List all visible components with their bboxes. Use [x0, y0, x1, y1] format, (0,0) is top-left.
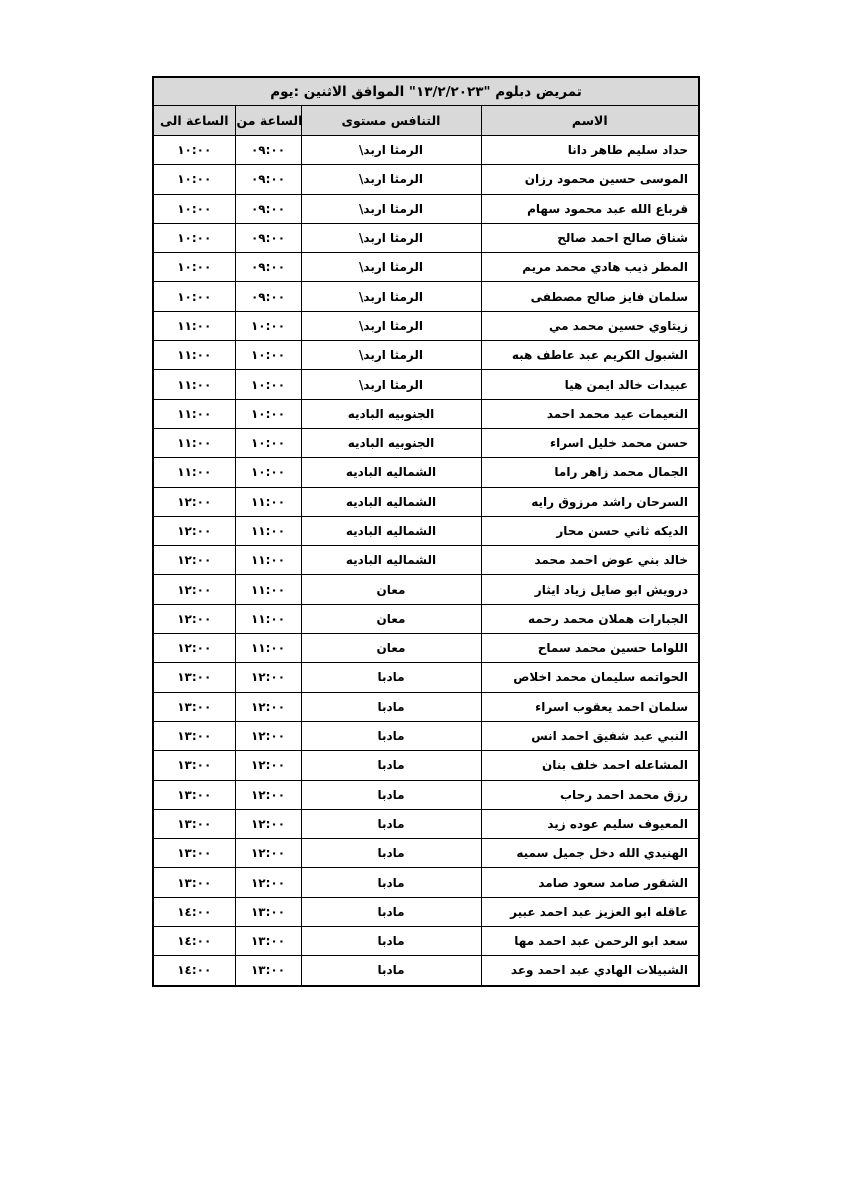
to-time-cell: ١١:٠٠ — [153, 311, 235, 340]
table-row: ١٢:٠٠ ١١:٠٠ معان ايثار زياد صايل ابو درو… — [153, 575, 699, 604]
to-time-cell: ١١:٠٠ — [153, 370, 235, 399]
table-row: ١٢:٠٠ ١١:٠٠ الباديه الشماليه محمد احمد ع… — [153, 546, 699, 575]
table-row: ١٠:٠٠ ٠٩:٠٠ اربد\ الرمثا دانا طاهر سليم … — [153, 136, 699, 165]
table-row: ١١:٠٠ ١٠:٠٠ الباديه الجنوبيه احمد محمد ع… — [153, 399, 699, 428]
level-cell: مادبا — [301, 868, 481, 897]
table-row: ١٤:٠٠ ١٣:٠٠ مادبا عبير احمد عبد العزيز ا… — [153, 897, 699, 926]
name-cell: صامد سعود صامد الشقور — [481, 868, 699, 897]
level-cell: مادبا — [301, 780, 481, 809]
table-row: ١٠:٠٠ ٠٩:٠٠ اربد\ الرمثا صالح احمد صالح … — [153, 223, 699, 252]
table-row: ١٢:٠٠ ١١:٠٠ الباديه الشماليه رايه مرزوق … — [153, 487, 699, 516]
name-cell: احمد محمد عيد النعيمات — [481, 399, 699, 428]
name-cell: رحاب احمد محمد رزق — [481, 780, 699, 809]
to-time-cell: ١٤:٠٠ — [153, 956, 235, 986]
table-row: ١٣:٠٠ ١٢:٠٠ مادبا اخلاص محمد سليمان الحو… — [153, 663, 699, 692]
table-header-row: الى الساعة من الساعة مستوى التنافس الاسم — [153, 106, 699, 136]
to-time-cell: ١١:٠٠ — [153, 399, 235, 428]
from-time-cell: ١٠:٠٠ — [235, 311, 301, 340]
from-time-cell: ٠٩:٠٠ — [235, 223, 301, 252]
to-time-cell: ١٠:٠٠ — [153, 165, 235, 194]
level-cell: الباديه الشماليه — [301, 546, 481, 575]
level-cell: الباديه الشماليه — [301, 458, 481, 487]
to-time-cell: ١٢:٠٠ — [153, 546, 235, 575]
name-cell: رايه مرزوق راشد السرحان — [481, 487, 699, 516]
from-time-cell: ١٢:٠٠ — [235, 751, 301, 780]
level-cell: معان — [301, 575, 481, 604]
to-time-cell: ١٣:٠٠ — [153, 809, 235, 838]
name-cell: مصطفى صالح فايز سلمان — [481, 282, 699, 311]
name-cell: رحمه محمد هملان الجبارات — [481, 604, 699, 633]
to-time-cell: ١٣:٠٠ — [153, 692, 235, 721]
table-row: ١١:٠٠ ١٠:٠٠ اربد\ الرمثا هبه عاطف عبد ال… — [153, 341, 699, 370]
name-cell: اسراء خليل محمد حسن — [481, 428, 699, 457]
name-cell: اخلاص محمد سليمان الحواتمه — [481, 663, 699, 692]
to-time-cell: ١٢:٠٠ — [153, 575, 235, 604]
name-cell: ايثار زياد صايل ابو درويش — [481, 575, 699, 604]
name-cell: سهام محمود عبد الله قرباع — [481, 194, 699, 223]
level-cell: اربد\ الرمثا — [301, 282, 481, 311]
name-cell: سميه جميل دخل الله الهنيدي — [481, 839, 699, 868]
name-cell: زيد عوده سليم المعيوف — [481, 809, 699, 838]
name-cell: هبه عاطف عبد الكريم الشبول — [481, 341, 699, 370]
level-cell: مادبا — [301, 751, 481, 780]
table-row: ١٣:٠٠ ١٢:٠٠ مادبا انس احمد شفيق عبد النب… — [153, 721, 699, 750]
from-time-cell: ١٢:٠٠ — [235, 839, 301, 868]
from-time-cell: ٠٩:٠٠ — [235, 282, 301, 311]
level-cell: معان — [301, 604, 481, 633]
level-cell: مادبا — [301, 692, 481, 721]
from-time-cell: ١٢:٠٠ — [235, 780, 301, 809]
table-row: ١٣:٠٠ ١٢:٠٠ مادبا بنان خلف احمد المشاعله — [153, 751, 699, 780]
from-time-cell: ١١:٠٠ — [235, 487, 301, 516]
from-time-cell: ١٣:٠٠ — [235, 897, 301, 926]
to-time-cell: ١١:٠٠ — [153, 458, 235, 487]
from-time-cell: ١٢:٠٠ — [235, 663, 301, 692]
name-cell: انس احمد شفيق عبد النبي — [481, 721, 699, 750]
level-cell: اربد\ الرمثا — [301, 253, 481, 282]
name-cell: مريم محمد هادي ذيب المطر — [481, 253, 699, 282]
column-header-from-time: من الساعة — [235, 106, 301, 136]
level-cell: اربد\ الرمثا — [301, 136, 481, 165]
level-cell: الباديه الجنوبيه — [301, 399, 481, 428]
name-cell: راما زاهر محمد الجمال — [481, 458, 699, 487]
table-row: ١٤:٠٠ ١٣:٠٠ مادبا وعد احمد عبد الهادي ال… — [153, 956, 699, 986]
table-row: ١٣:٠٠ ١٢:٠٠ مادبا رحاب احمد محمد رزق — [153, 780, 699, 809]
from-time-cell: ١٢:٠٠ — [235, 721, 301, 750]
to-time-cell: ١٢:٠٠ — [153, 634, 235, 663]
table-row: ١٣:٠٠ ١٢:٠٠ مادبا سميه جميل دخل الله اله… — [153, 839, 699, 868]
from-time-cell: ١١:٠٠ — [235, 546, 301, 575]
to-time-cell: ١٣:٠٠ — [153, 663, 235, 692]
level-cell: مادبا — [301, 721, 481, 750]
name-cell: رزان محمود حسين الموسى — [481, 165, 699, 194]
name-cell: صالح احمد صالح شناق — [481, 223, 699, 252]
name-cell: مي محمد حسين زيتاوي — [481, 311, 699, 340]
name-cell: وعد احمد عبد الهادي الشبيلات — [481, 956, 699, 986]
level-cell: معان — [301, 634, 481, 663]
from-time-cell: ١٢:٠٠ — [235, 692, 301, 721]
from-time-cell: ١١:٠٠ — [235, 575, 301, 604]
to-time-cell: ١١:٠٠ — [153, 428, 235, 457]
from-time-cell: ١٠:٠٠ — [235, 428, 301, 457]
name-cell: عبير احمد عبد العزيز ابو عاقله — [481, 897, 699, 926]
to-time-cell: ١٣:٠٠ — [153, 751, 235, 780]
table-row: ١٣:٠٠ ١٢:٠٠ مادبا صامد سعود صامد الشقور — [153, 868, 699, 897]
name-cell: دانا طاهر سليم حداد — [481, 136, 699, 165]
table-row: ١٢:٠٠ ١١:٠٠ الباديه الشماليه محار حسن ثا… — [153, 516, 699, 545]
name-cell: هيا ايمن خالد عبيدات — [481, 370, 699, 399]
exam-schedule-table: يوم: الاثنين الموافق "١٣/٢/٢٠٢٣" دبلوم ت… — [152, 76, 700, 987]
level-cell: اربد\ الرمثا — [301, 194, 481, 223]
name-cell: محار حسن ثاني الديكه — [481, 516, 699, 545]
document-page: يوم: الاثنين الموافق "١٣/٢/٢٠٢٣" دبلوم ت… — [0, 0, 850, 1192]
level-cell: اربد\ الرمثا — [301, 311, 481, 340]
level-cell: مادبا — [301, 839, 481, 868]
to-time-cell: ١٠:٠٠ — [153, 136, 235, 165]
table-row: ١٠:٠٠ ٠٩:٠٠ اربد\ الرمثا مصطفى صالح فايز… — [153, 282, 699, 311]
from-time-cell: ٠٩:٠٠ — [235, 253, 301, 282]
to-time-cell: ١٠:٠٠ — [153, 253, 235, 282]
column-header-level: مستوى التنافس — [301, 106, 481, 136]
table-row: ١١:٠٠ ١٠:٠٠ اربد\ الرمثا مي محمد حسين زي… — [153, 311, 699, 340]
table-row: ١٠:٠٠ ٠٩:٠٠ اربد\ الرمثا رزان محمود حسين… — [153, 165, 699, 194]
table-title: يوم: الاثنين الموافق "١٣/٢/٢٠٢٣" دبلوم ت… — [153, 77, 699, 106]
from-time-cell: ١٣:٠٠ — [235, 927, 301, 956]
from-time-cell: ٠٩:٠٠ — [235, 194, 301, 223]
name-cell: اسراء يعقوب احمد سلمان — [481, 692, 699, 721]
from-time-cell: ٠٩:٠٠ — [235, 136, 301, 165]
table-row: ١١:٠٠ ١٠:٠٠ الباديه الشماليه راما زاهر م… — [153, 458, 699, 487]
level-cell: الباديه الشماليه — [301, 516, 481, 545]
level-cell: مادبا — [301, 897, 481, 926]
from-time-cell: ١٠:٠٠ — [235, 341, 301, 370]
level-cell: مادبا — [301, 809, 481, 838]
name-cell: بنان خلف احمد المشاعله — [481, 751, 699, 780]
table-row: ١٢:٠٠ ١١:٠٠ معان سماح محمد حسين اللواما — [153, 634, 699, 663]
level-cell: مادبا — [301, 956, 481, 986]
from-time-cell: ١٠:٠٠ — [235, 458, 301, 487]
to-time-cell: ١٠:٠٠ — [153, 194, 235, 223]
table-row: ١٤:٠٠ ١٣:٠٠ مادبا مها احمد عبد الرحمن اب… — [153, 927, 699, 956]
level-cell: اربد\ الرمثا — [301, 165, 481, 194]
to-time-cell: ١٣:٠٠ — [153, 780, 235, 809]
to-time-cell: ١١:٠٠ — [153, 341, 235, 370]
column-header-to-time: الى الساعة — [153, 106, 235, 136]
from-time-cell: ١٢:٠٠ — [235, 809, 301, 838]
from-time-cell: ١٢:٠٠ — [235, 868, 301, 897]
level-cell: اربد\ الرمثا — [301, 223, 481, 252]
level-cell: مادبا — [301, 663, 481, 692]
to-time-cell: ١٢:٠٠ — [153, 604, 235, 633]
table-row: ١١:٠٠ ١٠:٠٠ اربد\ الرمثا هيا ايمن خالد ع… — [153, 370, 699, 399]
table-row: ١٣:٠٠ ١٢:٠٠ مادبا زيد عوده سليم المعيوف — [153, 809, 699, 838]
level-cell: الباديه الشماليه — [301, 487, 481, 516]
level-cell: اربد\ الرمثا — [301, 370, 481, 399]
level-cell: مادبا — [301, 927, 481, 956]
from-time-cell: ١٠:٠٠ — [235, 370, 301, 399]
to-time-cell: ١٢:٠٠ — [153, 487, 235, 516]
to-time-cell: ١٤:٠٠ — [153, 927, 235, 956]
table-row: ١٠:٠٠ ٠٩:٠٠ اربد\ الرمثا مريم محمد هادي … — [153, 253, 699, 282]
column-header-name: الاسم — [481, 106, 699, 136]
from-time-cell: ٠٩:٠٠ — [235, 165, 301, 194]
name-cell: محمد احمد عوض بني خالد — [481, 546, 699, 575]
name-cell: سماح محمد حسين اللواما — [481, 634, 699, 663]
table-row: ١٢:٠٠ ١١:٠٠ معان رحمه محمد هملان الجبارا… — [153, 604, 699, 633]
from-time-cell: ١١:٠٠ — [235, 634, 301, 663]
to-time-cell: ١٢:٠٠ — [153, 516, 235, 545]
to-time-cell: ١٤:٠٠ — [153, 897, 235, 926]
to-time-cell: ١٣:٠٠ — [153, 721, 235, 750]
table-title-row: يوم: الاثنين الموافق "١٣/٢/٢٠٢٣" دبلوم ت… — [153, 77, 699, 106]
to-time-cell: ١٣:٠٠ — [153, 868, 235, 897]
from-time-cell: ١٠:٠٠ — [235, 399, 301, 428]
name-cell: مها احمد عبد الرحمن ابو سعد — [481, 927, 699, 956]
table-row: ١٣:٠٠ ١٢:٠٠ مادبا اسراء يعقوب احمد سلمان — [153, 692, 699, 721]
level-cell: اربد\ الرمثا — [301, 341, 481, 370]
table-row: ١١:٠٠ ١٠:٠٠ الباديه الجنوبيه اسراء خليل … — [153, 428, 699, 457]
from-time-cell: ١٣:٠٠ — [235, 956, 301, 986]
to-time-cell: ١٠:٠٠ — [153, 282, 235, 311]
to-time-cell: ١٠:٠٠ — [153, 223, 235, 252]
to-time-cell: ١٣:٠٠ — [153, 839, 235, 868]
level-cell: الباديه الجنوبيه — [301, 428, 481, 457]
from-time-cell: ١١:٠٠ — [235, 516, 301, 545]
table-row: ١٠:٠٠ ٠٩:٠٠ اربد\ الرمثا سهام محمود عبد … — [153, 194, 699, 223]
from-time-cell: ١١:٠٠ — [235, 604, 301, 633]
